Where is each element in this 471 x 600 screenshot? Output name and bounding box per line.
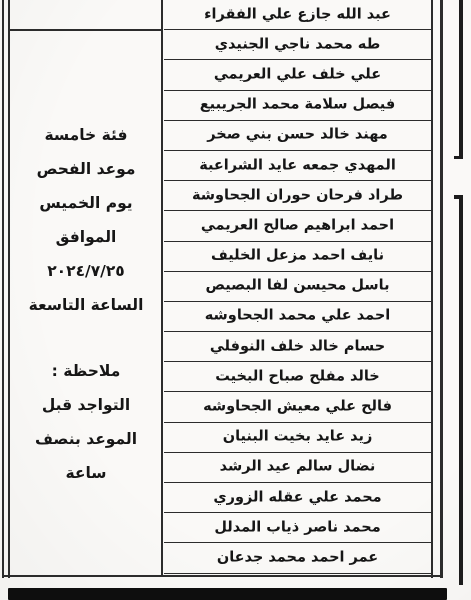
exam-info-lines: فئة خامسةموعد الفحصيوم الخميسالموافق٢٠٢٤… [11,118,161,322]
candidate-name: مهند خالد حسن بني صخر [207,127,388,143]
table-row: احمد علي محمد الجحاوشه [164,302,431,332]
note-line: ساعة [11,456,161,490]
exam-info-line: يوم الخميس [11,186,161,220]
candidate-name: طراد فرحان حوران الجحاوشة [192,187,403,203]
exam-info-cell: فئة خامسةموعد الفحصيوم الخميسالموافق٢٠٢٤… [11,30,161,575]
column-divider [161,0,163,576]
exam-info-line: ٢٠٢٤/٧/٢٥ [11,254,161,288]
adjacent-table-edge-corner [454,195,463,199]
candidate-name: باسل محيسن لفا البصيص [205,278,389,294]
table-row: عمر احمد محمد جدعان [164,543,431,573]
candidate-name: خالد مفلح صباح البخيت [215,368,380,384]
candidate-name: احمد ابراهيم صالح العريمي [201,217,394,233]
adjacent-table-edge-top [459,0,463,159]
names-column: عبد الله جازع علي الفقراء طه محمد ناجي ا… [164,0,431,574]
exam-info-line: الساعة التاسعة [11,288,161,322]
exam-info-line: فئة خامسة [11,118,161,152]
table-row: حسام خالد خلف النوفلي [164,332,431,362]
next-section-top-bar [8,588,447,600]
candidate-name: فيصل سلامة محمد الجريبيع [200,97,395,113]
table-left-inner-border [8,0,10,578]
table-left-outer-border [2,0,4,578]
scanned-document-page: عبد الله جازع علي الفقراء طه محمد ناجي ا… [0,0,471,600]
exam-info-line: الموافق [11,220,161,254]
table-row: مهند خالد حسن بني صخر [164,121,431,151]
table-row: محمد ناصر ذياب المدلل [164,513,431,543]
table-right-inner-border [431,0,433,578]
candidate-name: محمد ناصر ذياب المدلل [214,519,380,535]
table-row: احمد ابراهيم صالح العريمي [164,211,431,241]
candidate-name: عبد الله جازع علي الفقراء [204,6,391,22]
candidate-name: زيد عايد بخيت البنيان [223,429,373,445]
candidate-name: حسام خالد خلف النوفلي [210,338,385,354]
table-row: طه محمد ناجي الجنيدي [164,30,431,60]
candidate-name: نايف احمد مزعل الخليف [211,248,384,264]
table-row: خالد مفلح صباح البخيت [164,362,431,392]
candidate-name: احمد علي محمد الجحاوشه [205,308,391,324]
table-row: فالح علي معيش الجحاوشه [164,392,431,422]
table-row: زيد عايد بخيت البنيان [164,423,431,453]
adjacent-table-edge-corner [454,156,463,160]
table-row: فيصل سلامة محمد الجريبيع [164,91,431,121]
table-row: محمد علي عقله الزوري [164,483,431,513]
candidate-name: طه محمد ناجي الجنيدي [215,36,381,52]
candidate-name: عمر احمد محمد جدعان [217,549,378,565]
candidate-name: نضال سالم عيد الرشد [220,459,376,475]
candidate-name: المهدي جمعه عايد الشراعبة [199,157,396,173]
table-right-outer-border [440,0,443,578]
adjacent-table-edge-bottom [459,195,463,585]
candidate-name: فالح علي معيش الجحاوشه [203,399,392,415]
table-row: طراد فرحان حوران الجحاوشة [164,181,431,211]
note-line: الموعد بنصف [11,422,161,456]
note-lines: ملاحظة :التواجد قبلالموعد بنصفساعة [11,354,161,490]
table-row: المهدي جمعه عايد الشراعبة [164,151,431,181]
table-row: عبد الله جازع علي الفقراء [164,0,431,30]
table-bottom-border [2,575,443,577]
exam-info-line: موعد الفحص [11,152,161,186]
table-row: نضال سالم عيد الرشد [164,453,431,483]
table-row: باسل محيسن لفا البصيص [164,272,431,302]
candidate-name: علي خلف علي العريمي [214,66,381,82]
table-row: نايف احمد مزعل الخليف [164,242,431,272]
note-line: التواجد قبل [11,388,161,422]
table-row: علي خلف علي العريمي [164,60,431,90]
note-line: ملاحظة : [11,354,161,388]
candidate-name: محمد علي عقله الزوري [213,489,381,505]
